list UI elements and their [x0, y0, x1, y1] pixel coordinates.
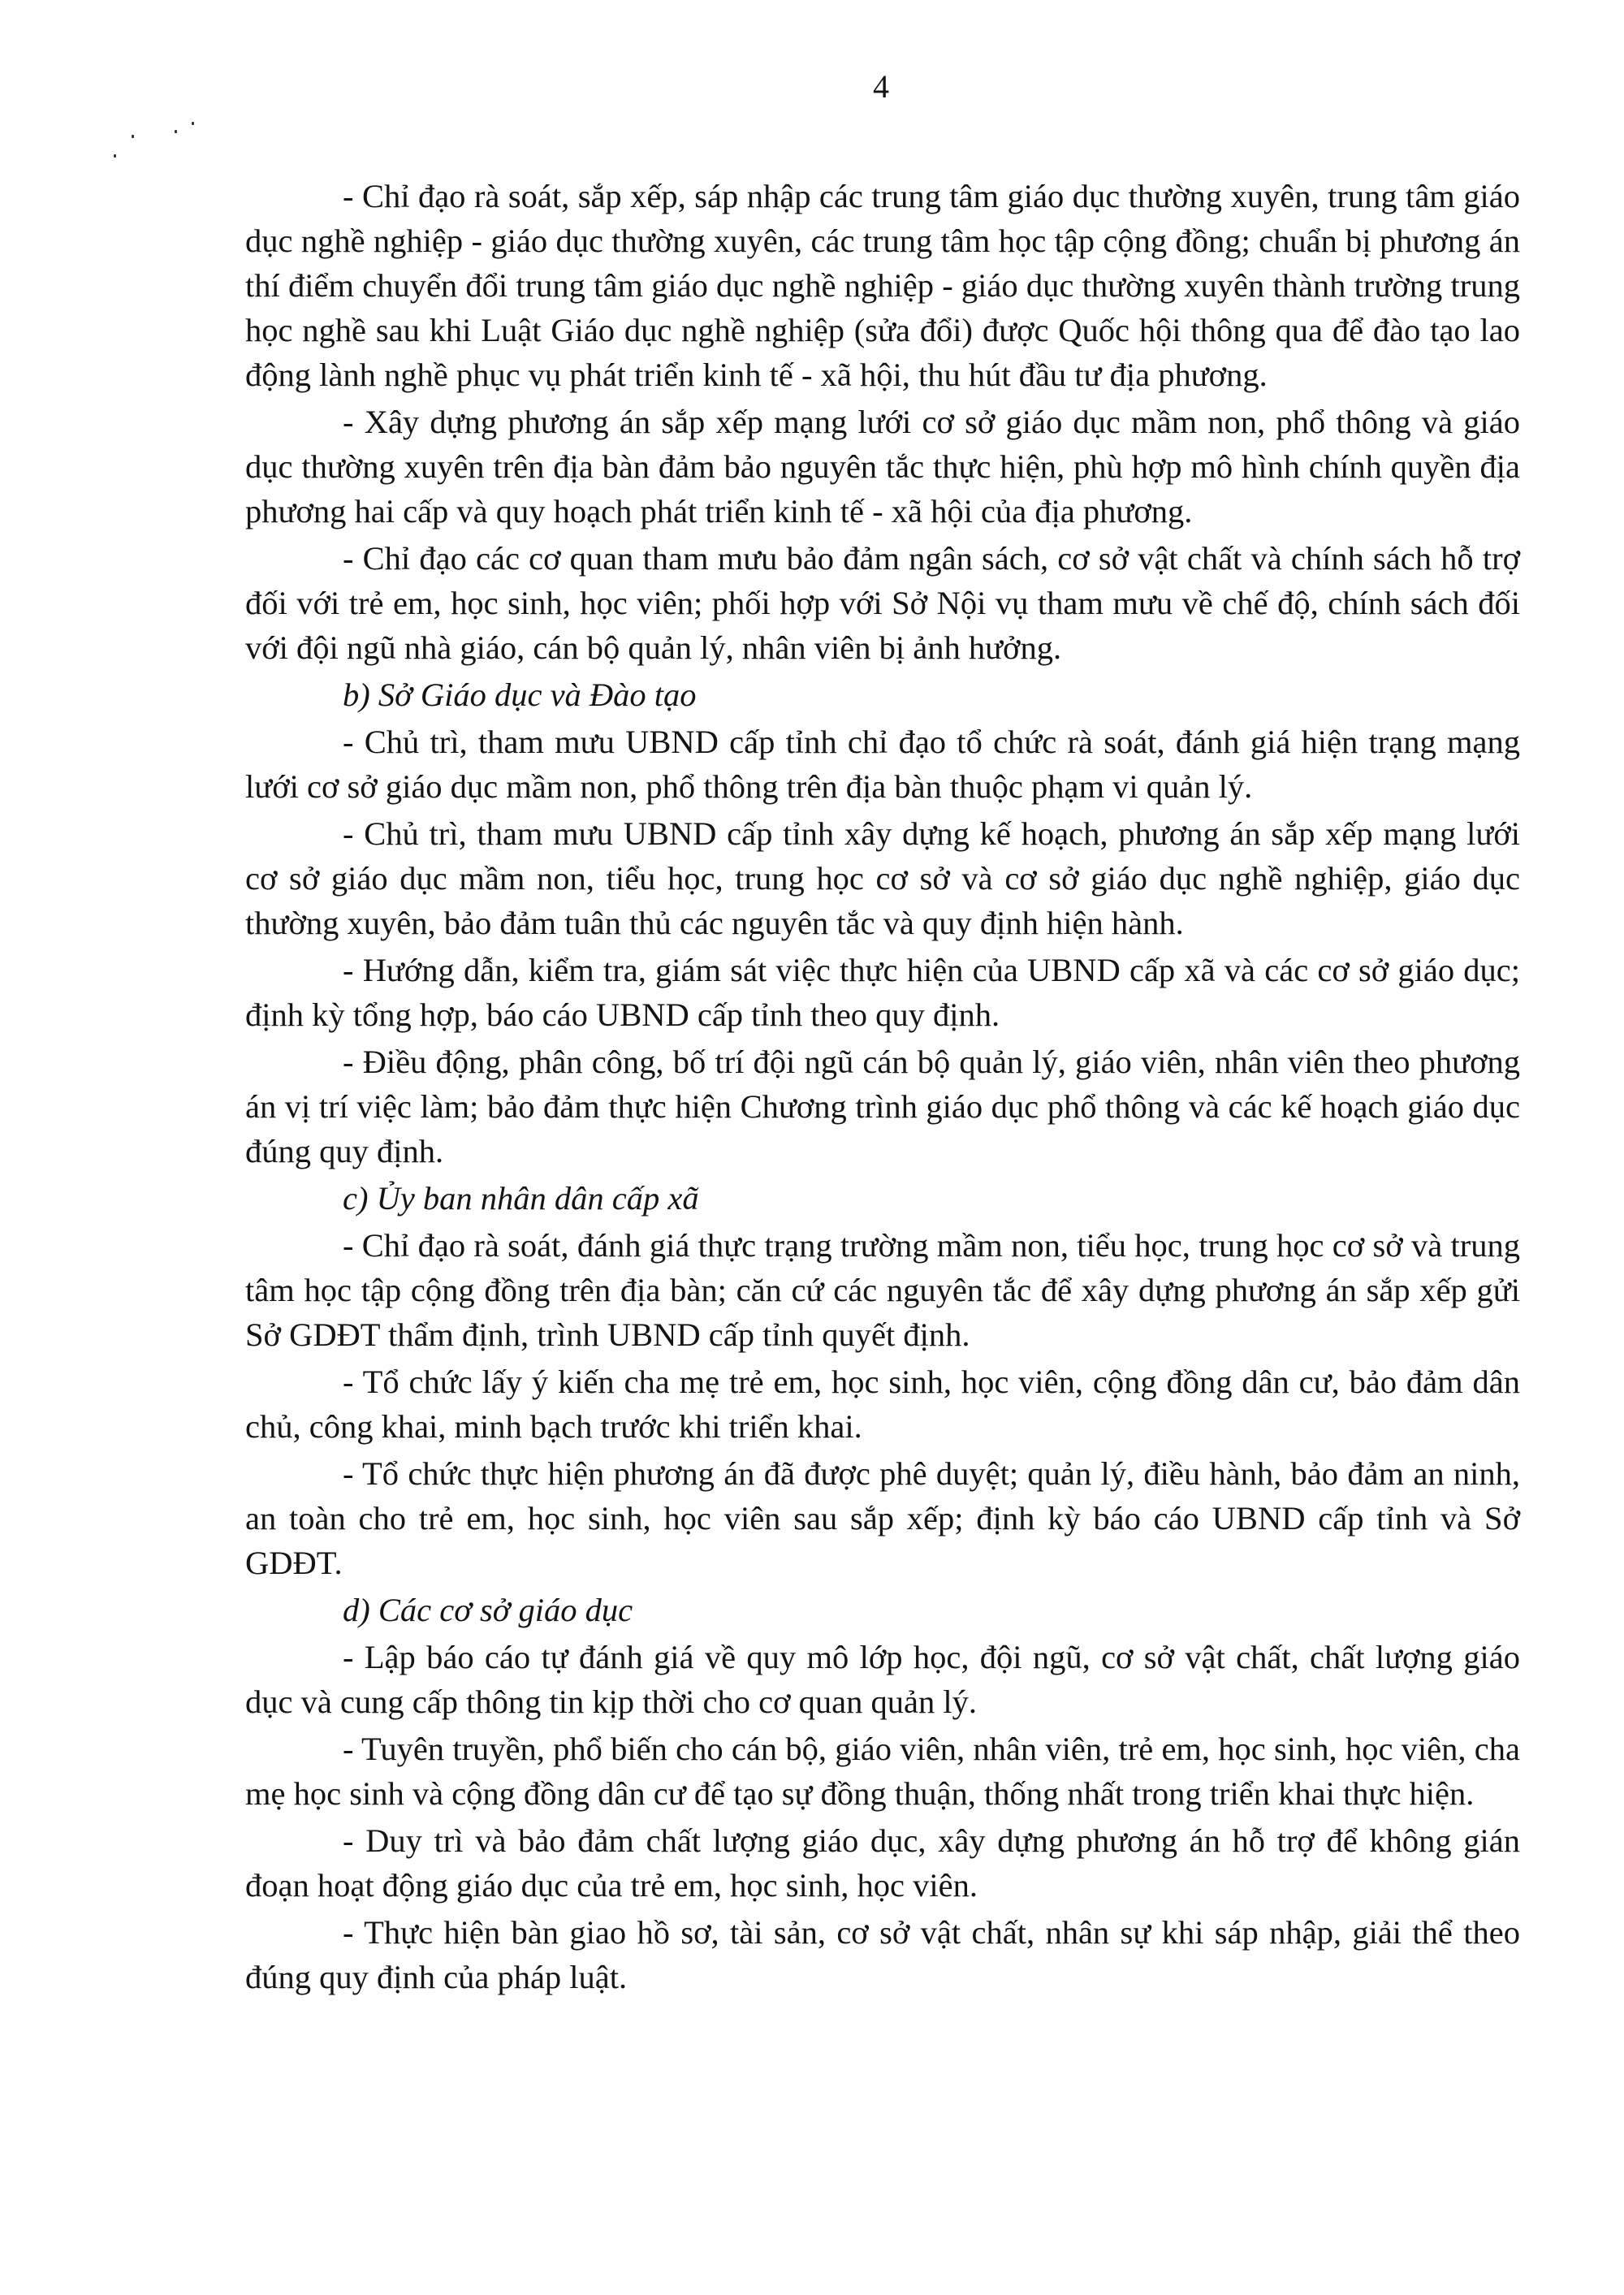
paragraph: - Chủ trì, tham mưu UBND cấp tỉnh xây dự…: [245, 811, 1520, 945]
paragraph: - Duy trì và bảo đảm chất lượng giáo dục…: [245, 1818, 1520, 1908]
paragraph: - Tuyên truyền, phổ biến cho cán bộ, giá…: [245, 1727, 1520, 1816]
section-heading-d: d) Các cơ sở giáo dục: [245, 1588, 1520, 1632]
paragraph: - Điều động, phân công, bố trí đội ngũ c…: [245, 1039, 1520, 1173]
scan-specks: [106, 130, 203, 187]
paragraph: - Chỉ đạo rà soát, đánh giá thực trạng t…: [245, 1223, 1520, 1357]
paragraph: - Hướng dẫn, kiểm tra, giám sát việc thự…: [245, 948, 1520, 1037]
paragraph: - Chỉ đạo các cơ quan tham mưu bảo đảm n…: [245, 536, 1520, 670]
speck: [175, 130, 177, 133]
page-number: 4: [0, 67, 1624, 107]
paragraph: - Chỉ đạo rà soát, sắp xếp, sáp nhập các…: [245, 174, 1520, 397]
paragraph: - Thực hiện bàn giao hồ sơ, tài sản, cơ …: [245, 1910, 1520, 1999]
paragraph: - Xây dựng phương án sắp xếp mạng lưới c…: [245, 400, 1520, 534]
speck: [192, 122, 194, 125]
section-heading-c: c) Ủy ban nhân dân cấp xã: [245, 1176, 1520, 1221]
paragraph: - Lập báo cáo tự đánh giá về quy mô lớp …: [245, 1635, 1520, 1724]
speck: [114, 154, 116, 158]
speck: [132, 135, 134, 138]
paragraph: - Chủ trì, tham mưu UBND cấp tỉnh chỉ đạ…: [245, 720, 1520, 809]
document-body: - Chỉ đạo rà soát, sắp xếp, sáp nhập các…: [245, 174, 1520, 2002]
paragraph: - Tổ chức lấy ý kiến cha mẹ trẻ em, học …: [245, 1359, 1520, 1449]
section-heading-b: b) Sở Giáo dục và Đào tạo: [245, 672, 1520, 717]
paragraph: - Tổ chức thực hiện phương án đã được ph…: [245, 1451, 1520, 1585]
